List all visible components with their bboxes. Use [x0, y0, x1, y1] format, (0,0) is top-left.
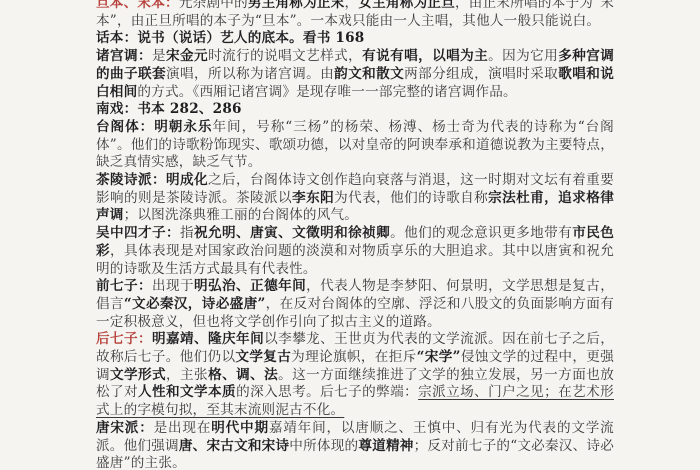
key-term: 南戏：书本 282、286: [96, 101, 242, 117]
body-text: 中所体现的: [289, 438, 358, 454]
body-text: 演唱，所以称为诸宫调。由: [166, 66, 334, 82]
paragraph-wuzhong-sicaizi: 吴中四才子：指祝允明、唐寅、文徵明和徐祯卿。他们的观念意识更多地带有市民色彩，具…: [96, 225, 614, 278]
paragraph-danben-moben: 旦本、末本：元杂剧中的男主角称为正末，女主角称为正旦，由正末所唱的本子为“末本”…: [96, 0, 614, 30]
key-term: 吴中四才子：: [96, 225, 180, 241]
body-text: 两部分组成，演唱时采取: [404, 66, 558, 82]
key-term: 前七子：: [96, 278, 152, 294]
key-term: 文学形式: [110, 367, 166, 383]
key-term: 明成化: [166, 172, 208, 188]
key-term: 诸宫调：: [96, 48, 152, 64]
body-text: 出现于: [152, 278, 194, 294]
body-text: 元杂剧中的: [179, 0, 248, 11]
headword-red: 后七子：: [96, 331, 152, 347]
body-text: ，主张: [166, 367, 208, 383]
key-term: 韵文和散文: [334, 66, 404, 82]
key-term: 祝允明、唐寅、文徵明和徐祯卿: [194, 225, 390, 241]
key-term: 明嘉靖、隆庆年间: [152, 331, 264, 347]
paragraph-huaben: 话本：说书（说话）艺人的底本。看书 168: [96, 30, 614, 48]
key-term: 明朝永乐: [154, 119, 212, 135]
key-term: 茶陵诗派：: [96, 172, 166, 188]
key-term: 宋金元: [166, 48, 208, 64]
body-text: 时流行的说唱文艺样式，: [208, 48, 362, 64]
body-text: ；以图洗涤典雅工丽的台阁体的风气。: [124, 207, 359, 223]
body-text: 指: [180, 225, 194, 241]
key-term: “宋学”: [417, 349, 461, 365]
key-term: 台阁体：: [96, 119, 154, 135]
paragraph-nanxi: 南戏：书本 282、286: [96, 101, 614, 119]
key-term: 有说有唱，以唱为主: [362, 48, 488, 64]
body-text: 为理论旗帜，在拒斥: [291, 349, 416, 365]
key-term: 唐宋派：: [96, 420, 154, 436]
body-text: 的深入思考。后七子的弊端：: [236, 384, 418, 400]
body-text: 是: [152, 48, 166, 64]
key-term: 话本：说书（说话）艺人的底本。看书 168: [96, 30, 364, 46]
body-text: 。因为它用: [488, 48, 558, 64]
paragraph-taigeti: 台阁体：明朝永乐年间，号称“三杨”的杨荣、杨溥、杨士奇为代表的诗称为“台阁体”。…: [96, 119, 614, 172]
key-term: “文必秦汉，诗必盛唐”: [124, 296, 266, 312]
paragraph-tangsongpai: 唐宋派：是出现在明代中期嘉靖年间，以唐顺之、王慎中、归有光为代表的文学流派。他们…: [96, 420, 614, 470]
document-text: 旦本、末本：元杂剧中的男主角称为正末，女主角称为正旦，由正末所唱的本子为“末本”…: [96, 0, 614, 470]
key-term: 格、调、法: [208, 367, 278, 383]
key-term: 人性和文学本质: [138, 384, 236, 400]
body-text: 是出现在: [154, 420, 212, 436]
body-text: ，具体表现是对国家政治问题的淡漠和对物质享乐的大胆追求。其中以唐寅和祝允明的诗歌…: [96, 243, 614, 277]
key-term: 明弘治、正德年间: [194, 278, 306, 294]
headword-red: 旦本、末本：: [96, 0, 179, 11]
body-text: ，: [345, 0, 359, 11]
key-term: 唐、宋古文和宋诗: [179, 438, 289, 454]
paragraph-chaling-shipai: 茶陵诗派：明成化之后，台阁体诗文创作趋向衰落与消退，这一时期对文坛有着重要影响的…: [96, 172, 614, 225]
paragraph-qianqizi: 前七子：出现于明弘治、正德年间，代表人物是李梦阳、何景明，文学思想是复古，倡言“…: [96, 278, 614, 331]
body-text: 为代表，他们的诗歌自称: [334, 190, 488, 206]
body-text: 的方式。《西厢记诸宫调》是现存唯一一部完整的诸宫调作品。: [137, 84, 516, 100]
document-page: 旦本、末本：元杂剧中的男主角称为正末，女主角称为正旦，由正末所唱的本子为“末本”…: [96, 0, 614, 470]
paragraph-houqizi: 后七子：明嘉靖、隆庆年间以李攀龙、王世贞为代表的文学流派。因在前七子之后，故称后…: [96, 331, 614, 420]
key-term: 尊道精神: [358, 438, 413, 454]
key-term: 女主角称为正旦: [358, 0, 455, 11]
key-term: 文学复古: [235, 349, 291, 365]
key-term: 明代中期: [211, 420, 269, 436]
key-term: 李东阳: [292, 190, 334, 206]
key-term: 男主角称为正末: [248, 0, 345, 11]
paragraph-zhugongdiao: 诸宫调：是宋金元时流行的说唱文艺样式，有说有唱，以唱为主。因为它用多种宫调的曲子…: [96, 48, 614, 101]
body-text: 。他们的观念意识更多地带有: [390, 225, 572, 241]
